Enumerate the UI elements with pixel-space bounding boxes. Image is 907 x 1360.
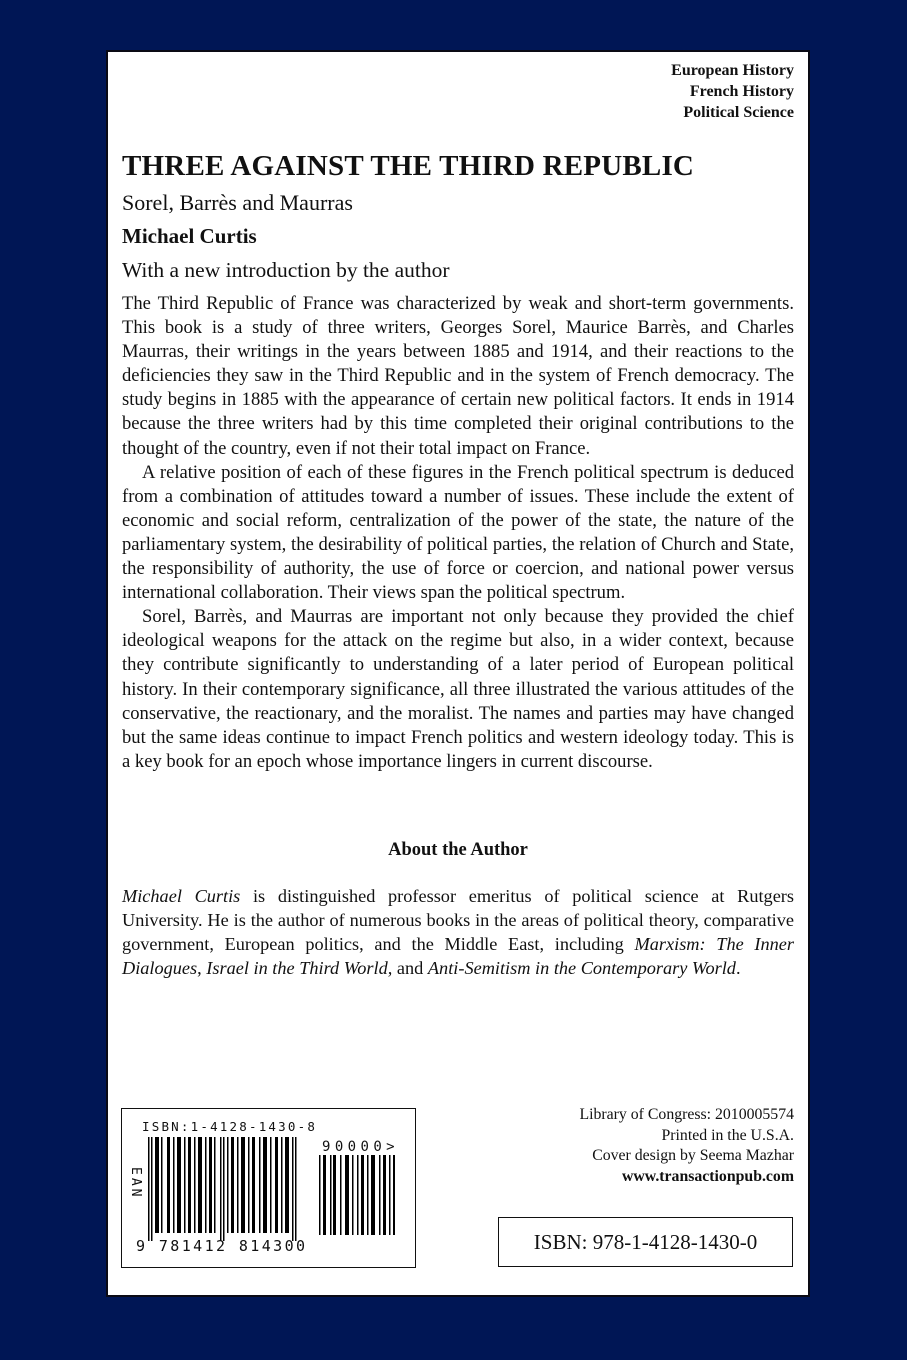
subject-european-history: European History <box>671 60 794 81</box>
cover-design-credit: Cover design by Seema Mazhar <box>579 1146 794 1167</box>
barcode-box: ISBN:1-4128-1430-8 EAN 90000> <box>121 1108 416 1268</box>
subject-categories: European History French History Politica… <box>671 60 794 123</box>
book-reference: Anti-Semitism in the Contemporary World <box>428 958 736 978</box>
about-author-heading: About the Author <box>108 840 808 861</box>
library-of-congress: Library of Congress: 2010005574 <box>579 1105 794 1126</box>
book-title: THREE AGAINST THE THIRD REPUBLIC <box>122 150 694 183</box>
book-reference: Israel in the Third World, <box>206 958 392 978</box>
separator: , <box>197 958 206 978</box>
subject-political-science: Political Science <box>671 102 794 123</box>
isbn13-box: ISBN: 978-1-4128-1430-0 <box>498 1217 793 1267</box>
ean-digits: 9 781412 814300 <box>136 1237 307 1255</box>
about-author-text: Michael Curtis is distinguished professo… <box>122 884 794 980</box>
printed-in: Printed in the U.S.A. <box>579 1126 794 1147</box>
addon-barcode-icon <box>319 1155 397 1235</box>
publisher-url[interactable]: www.transactionpub.com <box>579 1167 794 1188</box>
isbn13-label: ISBN: 978-1-4128-1430-0 <box>534 1230 757 1255</box>
isbn10-label: ISBN:1-4128-1430-8 <box>142 1119 317 1134</box>
addon-price-digits: 90000> <box>322 1139 399 1155</box>
author-name: Michael Curtis <box>122 886 240 906</box>
book-author: Michael Curtis <box>122 224 257 249</box>
description-paragraph: The Third Republic of France was charact… <box>122 292 794 461</box>
ean-label: EAN <box>128 1167 143 1199</box>
book-description: The Third Republic of France was charact… <box>122 292 794 774</box>
description-paragraph: Sorel, Barrès, and Maurras are important… <box>122 605 794 774</box>
separator: and <box>392 958 428 978</box>
back-cover-panel: European History French History Politica… <box>106 50 810 1297</box>
ean-barcode-icon <box>148 1137 302 1241</box>
edition-note: With a new introduction by the author <box>122 258 450 283</box>
subject-french-history: French History <box>671 81 794 102</box>
separator: . <box>736 958 741 978</box>
description-paragraph: A relative position of each of these fig… <box>122 461 794 606</box>
publisher-info: Library of Congress: 2010005574 Printed … <box>579 1105 794 1187</box>
book-subtitle: Sorel, Barrès and Maurras <box>122 190 353 216</box>
